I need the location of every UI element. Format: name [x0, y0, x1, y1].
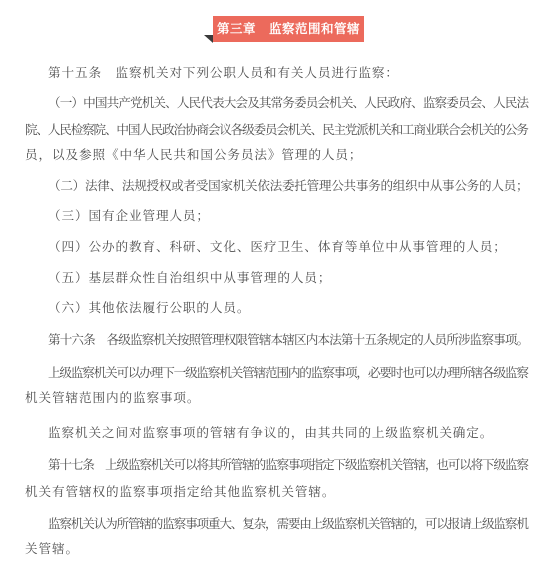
chapter-heading: 第三章 监察范围和管辖 [213, 16, 364, 42]
article-17-heading-line-2: 机关有管辖权的监察事项指定给其他监察机关管辖。 [25, 484, 335, 500]
article-15-item-1-line-2: 院、人民检察院、中国人民政治协商会议各级委员会机关、民主党派机关和工商业联合会机… [25, 122, 528, 138]
article-15-item-1-line-3: 员，以及参照《中华人民共和国公务员法》管理的人员； [25, 147, 362, 163]
article-15-item-6: （六）其他依法履行公职的人员。 [48, 300, 250, 316]
article-15-item-3: （三）国有企业管理人员； [48, 208, 210, 224]
article-16-paragraph-2-line-1: 上级监察机关可以办理下一级监察机关管辖范围内的监察事项，必要时也可以办理所辖各级… [48, 365, 528, 381]
article-16-heading: 第十六条 各级监察机关按照管理权限管辖本辖区内本法第十五条规定的人员所涉监察事项… [48, 332, 528, 348]
article-17-paragraph-2-line-1: 监察机关认为所管辖的监察事项重大、复杂，需要由上级监察机关管辖的，可以报请上级监… [48, 516, 528, 532]
article-16-paragraph-3: 监察机关之间对监察事项的管辖有争议的，由其共同的上级监察机关确定。 [48, 425, 493, 441]
ribbon-fold-decoration [204, 35, 213, 43]
article-15-item-4: （四）公办的教育、科研、文化、医疗卫生、体育等单位中从事管理的人员； [48, 239, 507, 255]
article-17-heading-line-1: 第十七条 上级监察机关可以将其所管辖的监察事项指定下级监察机关管辖，也可以将下级… [48, 457, 528, 473]
article-16-paragraph-2-line-2: 机关管辖范围内的监察事项。 [25, 390, 200, 406]
article-15-item-2: （二）法律、法规授权或者受国家机关依法委托管理公共事务的组织中从事公务的人员； [48, 178, 528, 194]
article-15-item-5: （五）基层群众性自治组织中从事管理的人员； [48, 270, 331, 286]
article-15-item-1-line-1: （一）中国共产党机关、人民代表大会及其常务委员会机关、人民政府、监察委员会、人民… [48, 95, 528, 111]
article-17-paragraph-2-line-2: 关管辖。 [25, 541, 79, 557]
article-15-heading: 第十五条 监察机关对下列公职人员和有关人员进行监察： [48, 65, 399, 81]
